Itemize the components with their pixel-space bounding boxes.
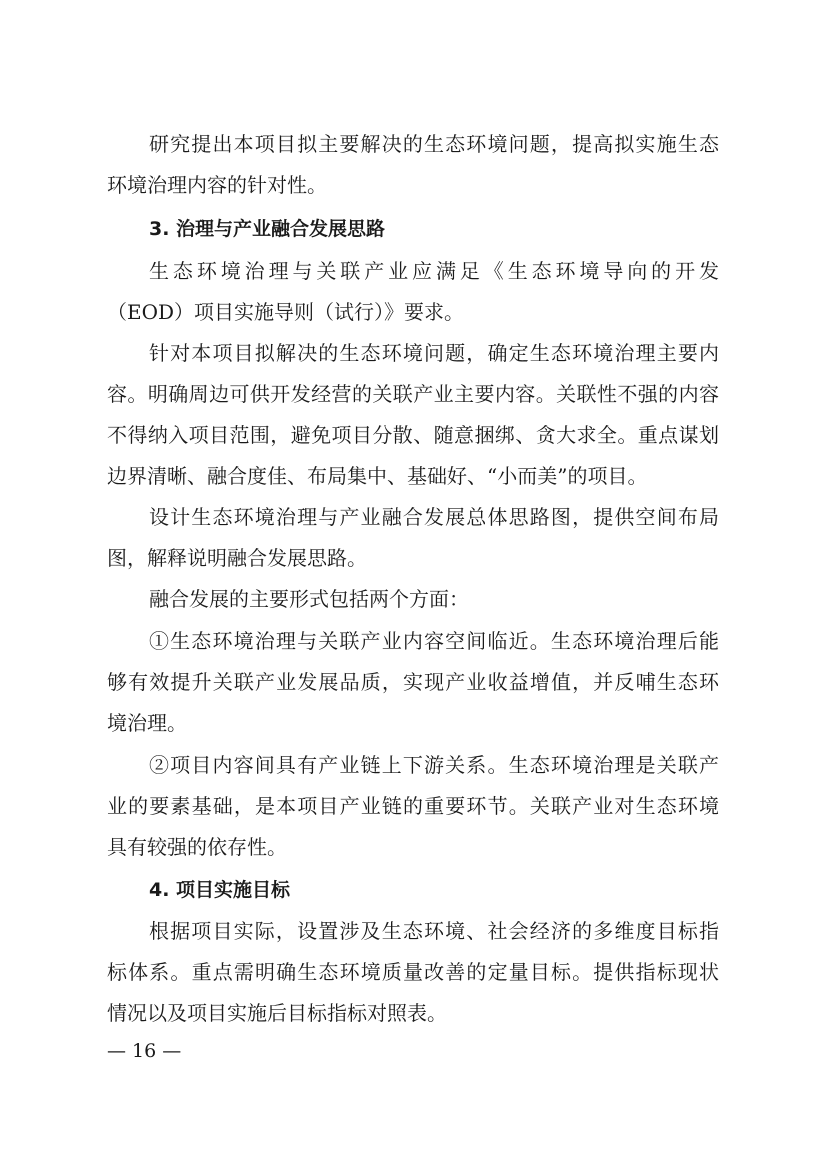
paragraph-line: （EOD）项目实施导则（试行）》要求。 [107,292,464,333]
paragraph-line: 图，解释说明融合发展思路。 [107,538,367,579]
paragraph-line: ①生态环境治理与关联产业内容空间临近。生态环境治理后能 [149,621,719,662]
paragraph-line: 融合发展的主要形式包括两个方面： [149,579,469,620]
paragraph-line: 研究提出本项目拟主要解决的生态环境问题，提高拟实施生态 [149,124,719,165]
paragraph-line: 容。明确周边可供开发经营的关联产业主要内容。关联性不强的内容 [107,374,719,415]
section-heading-3: 3. 治理与产业融合发展思路 [149,209,385,250]
paragraph-line: 生态环境治理与关联产业应满足《生态环境导向的开发 [149,251,719,292]
paragraph-line: 业的要素基础，是本项目产业链的重要环节。关联产业对生态环境 [107,786,719,827]
paragraph-line: 够有效提升关联产业发展品质，实现产业收益增值，并反哺生态环 [107,662,719,703]
paragraph-line: 不得纳入项目范围，避免项目分散、随意捆绑、贪大求全。重点谋划 [107,415,719,456]
paragraph-line: ②项目内容间具有产业链上下游关系。生态环境治理是关联产 [149,745,719,786]
page-number: — 16 — [107,1036,181,1066]
paragraph-line: 针对本项目拟解决的生态环境问题，确定生态环境治理主要内 [149,333,719,374]
paragraph-line: 设计生态环境治理与产业融合发展总体思路图，提供空间布局 [149,497,719,538]
paragraph-line: 境治理。 [107,703,187,744]
section-heading-4: 4. 项目实施目标 [149,870,290,911]
paragraph-line: 根据项目实际，设置涉及生态环境、社会经济的多维度目标指 [149,911,719,952]
paragraph-line: 具有较强的依存性。 [107,827,287,868]
paragraph-line: 标体系。重点需明确生态环境质量改善的定量目标。提供指标现状 [107,952,719,993]
paragraph-line: 情况以及项目实施后目标指标对照表。 [107,993,447,1034]
paragraph-line: 环境治理内容的针对性。 [107,165,327,206]
paragraph-line: 边界清晰、融合度佳、布局集中、基础好、“小而美”的项目。 [107,456,647,497]
